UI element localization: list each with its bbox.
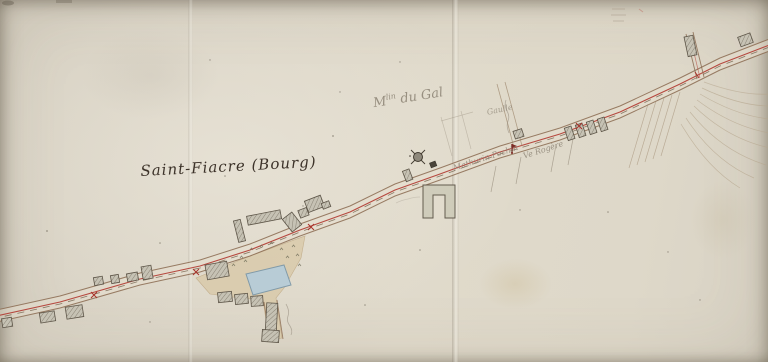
building <box>265 303 278 334</box>
building <box>402 169 412 182</box>
building <box>233 219 245 242</box>
building <box>218 291 233 302</box>
building <box>65 305 84 320</box>
building <box>262 329 280 342</box>
map-drawing <box>0 0 768 362</box>
building <box>251 296 264 307</box>
building <box>205 261 229 280</box>
building <box>235 293 249 304</box>
building <box>126 272 138 282</box>
road-edge-upper <box>0 38 768 311</box>
paper-smudges <box>2 0 643 21</box>
windmill-icon <box>409 150 425 164</box>
field-boundary-lines <box>681 82 768 188</box>
building <box>247 210 282 225</box>
building <box>93 276 103 285</box>
building-dark <box>429 161 436 168</box>
buildings <box>1 33 753 343</box>
building <box>513 129 524 139</box>
building <box>1 317 12 327</box>
building <box>141 265 153 280</box>
building <box>738 33 754 47</box>
u-shaped-building <box>423 185 455 218</box>
map-sheet: Saint-Fiacre (Bourg) Mlin du Gal Mathuri… <box>0 0 768 362</box>
building <box>110 274 119 283</box>
building <box>39 311 55 323</box>
mill-note-superscript: lin <box>385 91 396 101</box>
